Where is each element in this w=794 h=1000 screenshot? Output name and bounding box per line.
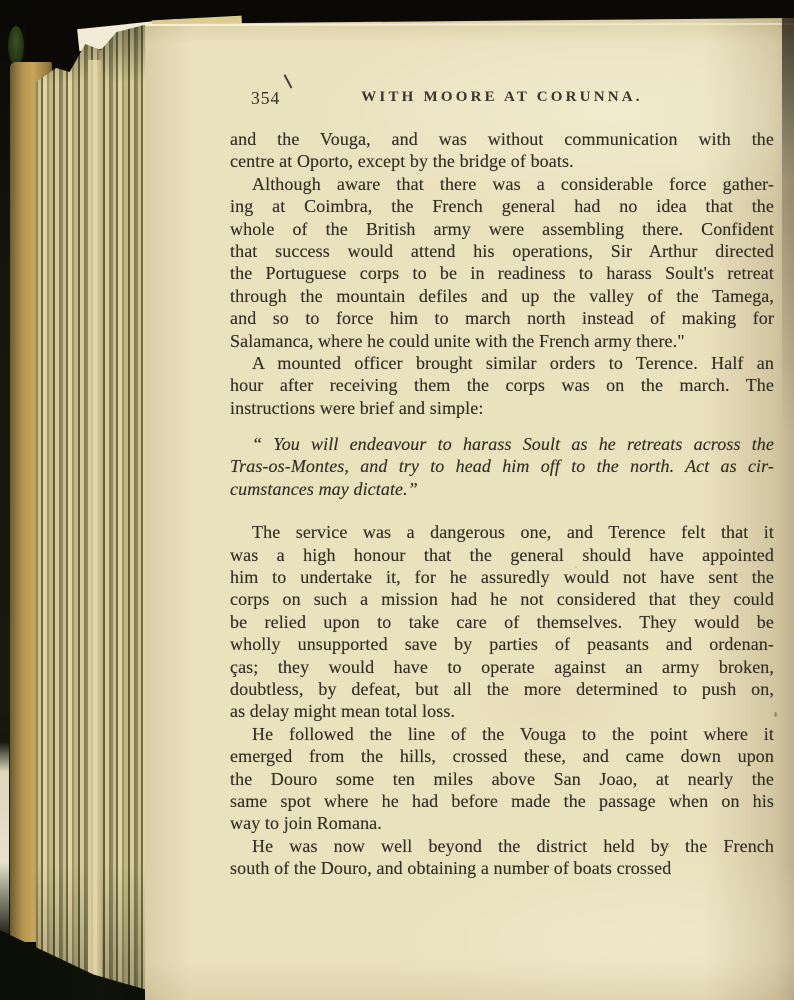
text-line: south of the Douro, and obtaining a numb… (230, 857, 774, 879)
text-line: whole of the British army were assemblin… (230, 218, 774, 240)
text-block: 354 WITH MOORE AT CORUNNA. and the Vouga… (230, 88, 774, 880)
text-line: as delay might mean total loss. (230, 700, 774, 722)
text-line: The service was a dangerous one, and Ter… (230, 521, 774, 543)
paragraph: “ You will endeavour to harass Soult as … (230, 433, 774, 500)
text-line: corps on such a mission had he not consi… (230, 588, 774, 610)
page-edge-stripe (88, 60, 102, 1000)
text-line: be relied upon to take care of themselve… (230, 611, 774, 633)
text-line: ças; they would have to operate against … (230, 656, 774, 678)
text-line: He was now well beyond the district held… (230, 835, 774, 857)
text-line: the Douro some ten miles above San Joao,… (230, 768, 774, 790)
paragraph: A mounted officer brought similar orders… (230, 352, 774, 419)
text-line: and the Vouga, and was without communica… (230, 128, 774, 150)
stray-scan-mark (284, 75, 292, 89)
page-top-edge (145, 23, 794, 26)
text-line: same spot where he had before made the p… (230, 790, 774, 812)
text-line: and so to force him to march north inste… (230, 307, 774, 329)
text-line: the Portuguese corps to be in readiness … (230, 262, 774, 284)
text-line: way to join Romana. (230, 812, 774, 834)
text-line: Although aware that there was a consider… (230, 173, 774, 195)
paragraph: He followed the line of the Vouga to the… (230, 723, 774, 835)
running-header: WITH MOORE AT CORUNNA. (361, 89, 643, 105)
text-line: instructions were brief and simple: (230, 397, 774, 419)
table-light-sliver (0, 742, 9, 942)
text-line: A mounted officer brought similar orders… (230, 352, 774, 374)
book-scan-photo: 354 WITH MOORE AT CORUNNA. and the Vouga… (0, 0, 794, 1000)
text-line: hour after receiving them the corps was … (230, 374, 774, 396)
paragraph: Although aware that there was a consider… (230, 173, 774, 352)
paper-speck (774, 712, 777, 717)
text-line: “ You will endeavour to harass Soult as … (230, 433, 774, 455)
text-line: centre at Oporto, except by the bridge o… (230, 150, 774, 172)
paragraph: He was now well beyond the district held… (230, 835, 774, 880)
text-line: ing at Coimbra, the French general had n… (230, 195, 774, 217)
page-body: and the Vouga, and was without communica… (230, 128, 774, 880)
paragraph: and the Vouga, and was without communica… (230, 128, 774, 173)
cover-cloth-detail (8, 26, 24, 66)
page-right-shadow (782, 14, 794, 434)
text-line: doubtless, by defeat, but all the more d… (230, 678, 774, 700)
text-line: emerged from the hills, crossed these, a… (230, 745, 774, 767)
text-line: him to undertake it, for he assuredly wo… (230, 566, 774, 588)
text-line: He followed the line of the Vouga to the… (230, 723, 774, 745)
paragraph: The service was a dangerous one, and Ter… (230, 521, 774, 723)
text-line: Salamanca, where he could unite with the… (230, 330, 774, 352)
text-line: was a high honour that the general shoul… (230, 544, 774, 566)
page-header: 354 WITH MOORE AT CORUNNA. (230, 88, 774, 112)
page-number: 354 (251, 88, 280, 109)
text-line: Tras-os-Montes, and try to head him off … (230, 455, 774, 477)
text-line: wholly unsupported save by parties of pe… (230, 633, 774, 655)
text-line: cumstances may dictate.” (230, 478, 774, 500)
book-page: 354 WITH MOORE AT CORUNNA. and the Vouga… (145, 14, 794, 1000)
text-line: that success would attend his operations… (230, 240, 774, 262)
text-line: through the mountain defiles and up the … (230, 285, 774, 307)
